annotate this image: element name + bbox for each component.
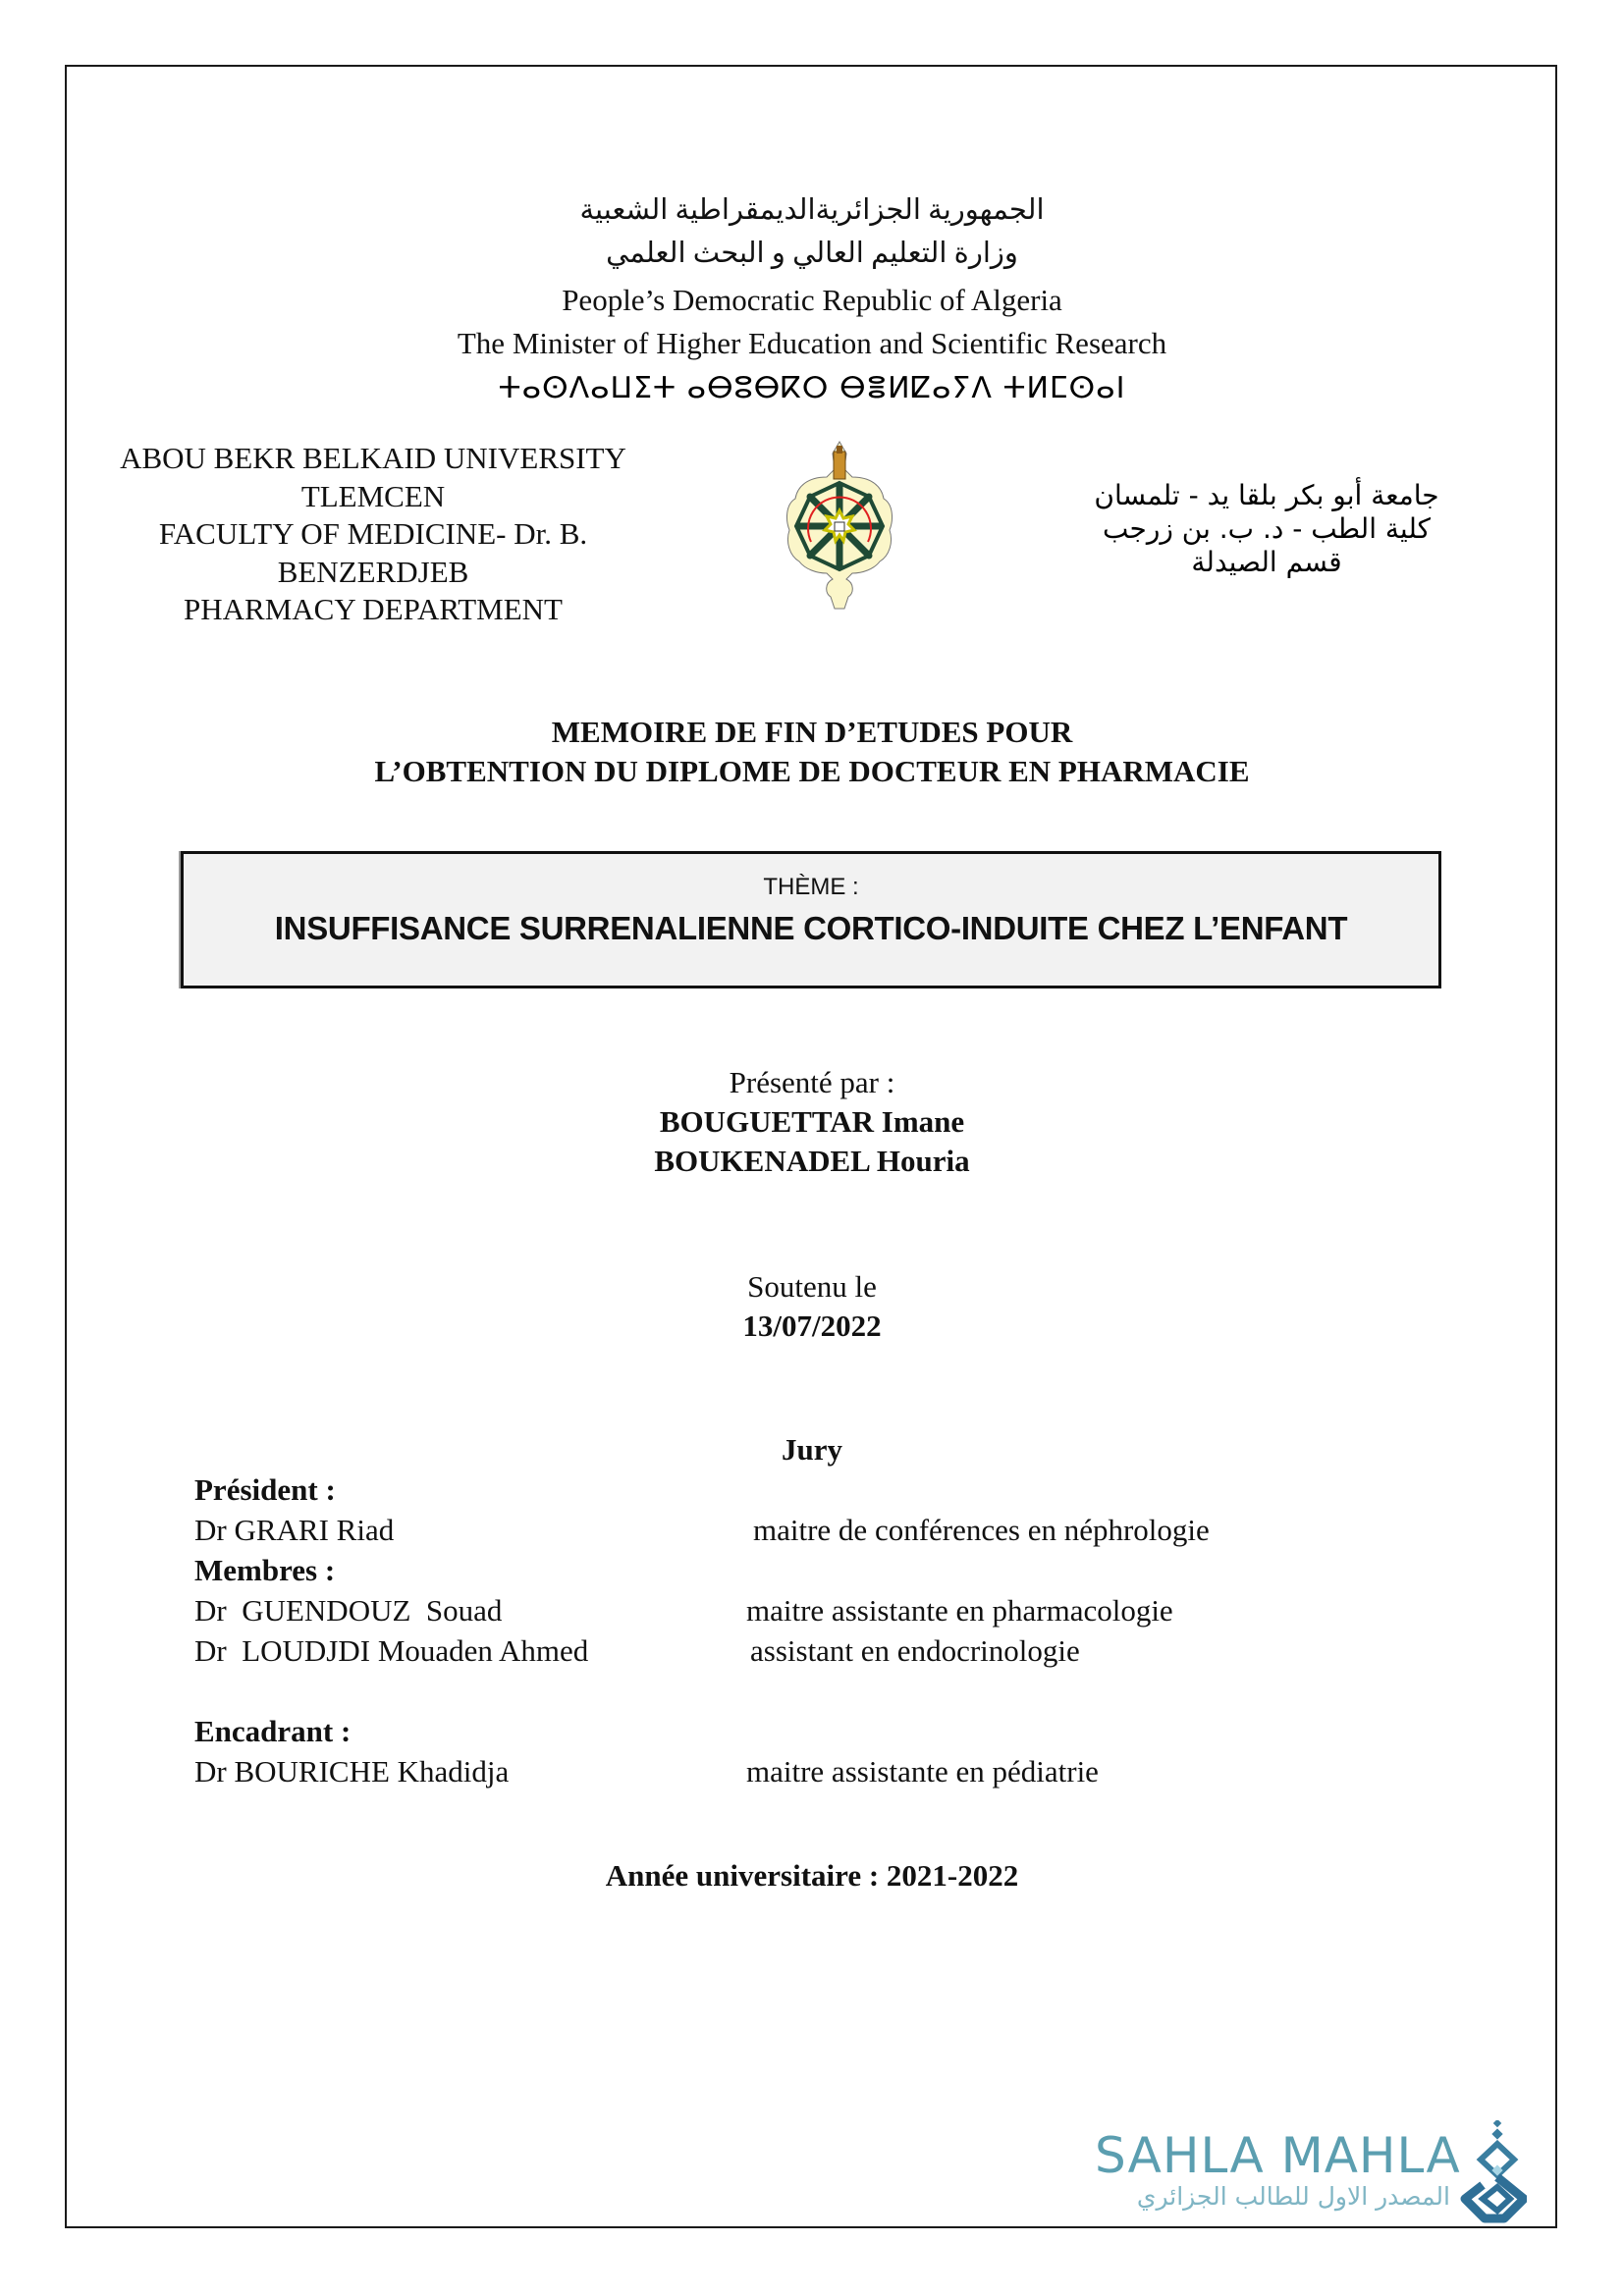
watermark-tagline: المصدر الاول للطالب الجزائري [1102, 2182, 1450, 2211]
header-arabic-republic: الجمهورية الجزائريةالديمقراطية الشعبية [0, 188, 1624, 232]
president-role: maitre de conférences en néphrologie [753, 1510, 1210, 1551]
author-name: BOUGUETTAR Imane [0, 1101, 1624, 1143]
watermark-name: SAHLA MAHLA [1095, 2127, 1461, 2184]
member-role: maitre assistante en pharmacologie [746, 1590, 1173, 1631]
defense-label: Soutenu le [0, 1266, 1624, 1308]
theme-label: THÈME : [184, 874, 1438, 901]
sahla-mahla-logo-icon [1453, 2120, 1527, 2223]
supervisor-name: Dr BOURICHE Khadidja [194, 1751, 509, 1792]
sahla-mahla-watermark: SAHLA MAHLA المصدر الاول للطالب الجزائري [1090, 2125, 1522, 2223]
university-line: TLEMCEN [88, 478, 658, 516]
supervisor-role: maitre assistante en pédiatrie [746, 1751, 1099, 1792]
supervisor-label: Encadrant : [194, 1711, 351, 1752]
member-name: Dr LOUDJDI Mouaden Ahmed [194, 1630, 588, 1672]
member-name: Dr GUENDOUZ Souad [194, 1590, 502, 1631]
president-label: Président : [194, 1469, 336, 1511]
header-english-republic: People’s Democratic Republic of Algeria [0, 279, 1624, 322]
academic-year: Année universitaire : 2021-2022 [0, 1855, 1624, 1896]
header-arabic-ministry: وزارة التعليم العالي و البحث العلمي [0, 232, 1624, 275]
president-name: Dr GRARI Riad [194, 1510, 394, 1551]
theme-title: INSUFFISANCE SURRENALIENNE CORTICO-INDUI… [184, 910, 1438, 947]
theme-box: THÈME : INSUFFISANCE SURRENALIENNE CORTI… [181, 851, 1441, 988]
university-line: ABOU BEKR BELKAID UNIVERSITY [88, 440, 658, 478]
university-line-arabic: قسم الصيدلة [1080, 546, 1453, 579]
memoire-line-2: L’OBTENTION DU DIPLOME DE DOCTEUR EN PHA… [0, 752, 1624, 791]
memoire-line-1: MEMOIRE DE FIN D’ETUDES POUR [0, 713, 1624, 752]
author-name: BOUKENADEL Houria [0, 1141, 1624, 1182]
university-line-arabic: جامعة أبو بكر بلقا يد - تلمسان [1080, 479, 1453, 512]
university-name-english: ABOU BEKR BELKAID UNIVERSITY TLEMCEN FAC… [88, 440, 658, 629]
members-label: Membres : [194, 1550, 335, 1591]
university-line: PHARMACY DEPARTMENT [88, 591, 658, 629]
defense-date: 13/07/2022 [0, 1306, 1624, 1347]
member-role: assistant en endocrinologie [750, 1630, 1080, 1672]
university-line-arabic: كلية الطب - د. ب. بن زرجب [1080, 512, 1453, 546]
university-crest-icon [784, 440, 896, 612]
presented-by-label: Présenté par : [0, 1062, 1624, 1103]
jury-title: Jury [0, 1429, 1624, 1470]
university-name-arabic: جامعة أبو بكر بلقا يد - تلمسان كلية الطب… [1080, 479, 1453, 579]
header-english-ministry: The Minister of Higher Education and Sci… [0, 322, 1624, 365]
header-tifinagh: ⵜⴰⵙⴷⴰⵡⵉⵜ ⴰⴱⵓⴱⴽⵔ ⴱⴻⵍⵇⴰⵢⴷ ⵜⵍⵎⵙⴰⵏ [0, 367, 1624, 410]
university-line: FACULTY OF MEDICINE- Dr. B. [88, 515, 658, 554]
university-line: BENZERDJEB [88, 554, 658, 592]
